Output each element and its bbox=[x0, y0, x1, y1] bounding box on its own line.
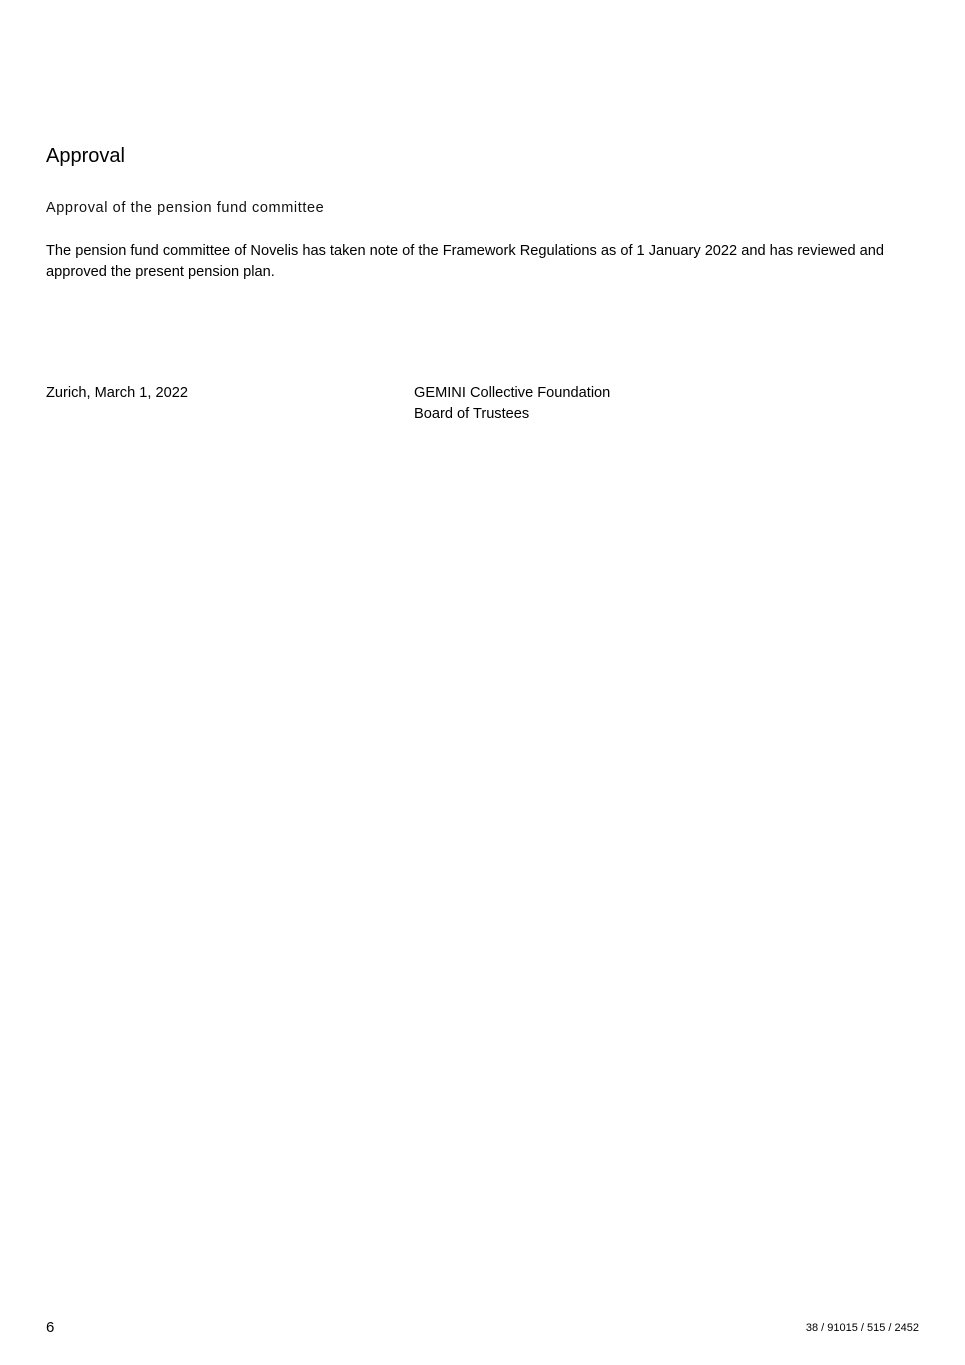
signatory-body: Board of Trustees bbox=[414, 404, 610, 425]
page-title: Approval bbox=[46, 144, 125, 168]
page-number: 6 bbox=[46, 1319, 54, 1337]
document-reference: 38 / 91015 / 515 / 2452 bbox=[806, 1321, 919, 1335]
approval-statement: The pension fund committee of Novelis ha… bbox=[46, 241, 906, 282]
signatory-organization: GEMINI Collective Foundation bbox=[414, 383, 610, 404]
place-and-date: Zurich, March 1, 2022 bbox=[46, 383, 188, 404]
section-title: Approval of the pension fund committee bbox=[46, 199, 324, 217]
signatory-block: GEMINI Collective Foundation Board of Tr… bbox=[414, 383, 610, 424]
